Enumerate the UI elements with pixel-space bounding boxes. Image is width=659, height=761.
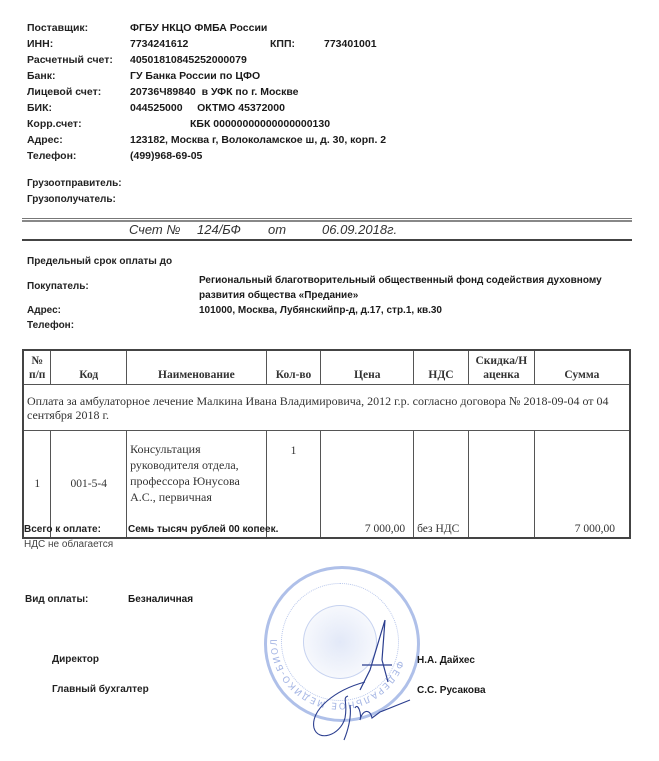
bank-value: ГУ Банка России по ЦФО xyxy=(130,70,260,82)
invoice-top-line-1 xyxy=(22,218,632,219)
supplier-address-value: 123182, Москва г, Волоколамское ш, д. 30… xyxy=(130,134,386,146)
header-qty: Кол-во xyxy=(266,350,321,385)
accountant-signature xyxy=(314,682,410,740)
header-num: № п/п xyxy=(23,350,51,385)
total-words: Семь тысяч рублей 00 копеек. xyxy=(128,524,278,535)
items-table: № п/п Код Наименование Кол-во Цена НДС С… xyxy=(22,349,631,539)
vat-note: НДС не облагается xyxy=(24,539,113,550)
invoice-bottom-line xyxy=(22,239,632,241)
supplier-phone-value: (499)968-69-05 xyxy=(130,150,202,162)
director-signature xyxy=(360,620,392,690)
description-row: Оплата за амбулаторное лечение Малкина И… xyxy=(23,385,630,431)
payment-type-value: Безналичная xyxy=(128,594,193,605)
header-num-line1: № xyxy=(27,354,47,368)
header-discount-line2: аценка xyxy=(472,368,531,382)
buyer-name-line1: Региональный благотворительный обществен… xyxy=(199,275,602,286)
bik-value: 044525000 ОКТМО 45372000 xyxy=(130,102,285,114)
personal-account-label: Лицевой счет: xyxy=(27,86,101,98)
description-text: Оплата за амбулаторное лечение Малкина И… xyxy=(23,385,630,431)
header-vat: НДС xyxy=(414,350,469,385)
personal-account-value: 20736Ч89840 в УФК по г. Москве xyxy=(130,86,299,98)
invoice-title-label: Счет № xyxy=(129,222,180,237)
header-discount: Скидка/Н аценка xyxy=(468,350,534,385)
header-price: Цена xyxy=(321,350,414,385)
invoice-date: 06.09.2018г. xyxy=(322,222,397,237)
header-num-line2: п/п xyxy=(27,368,47,382)
inn-value: 7734241612 xyxy=(130,38,188,50)
header-name: Наименование xyxy=(127,350,267,385)
supplier-phone-label: Телефон: xyxy=(27,150,76,162)
header-sum: Сумма xyxy=(534,350,630,385)
row-sum: 7 000,00 xyxy=(534,431,630,539)
payment-type-label: Вид оплаты: xyxy=(25,594,88,605)
invoice-from: от xyxy=(268,222,286,237)
supplier-address-label: Адрес: xyxy=(27,134,63,146)
bik-label: БИК: xyxy=(27,102,52,114)
table-row: 1 001-5-4 Консультация руководителя отде… xyxy=(23,431,630,539)
account-value: 40501810845252000079 xyxy=(130,54,247,66)
buyer-name-line2: развития общества «Предание» xyxy=(199,290,358,301)
row-name: Консультация руководителя отдела, профес… xyxy=(127,431,267,539)
inn-label: ИНН: xyxy=(27,38,53,50)
row-qty: 1 xyxy=(266,431,321,539)
kbk-value: КБК 00000000000000000130 xyxy=(190,118,330,130)
buyer-address-label: Адрес: xyxy=(27,305,61,316)
invoice-number: 124/БФ xyxy=(197,222,241,237)
payment-deadline-label: Предельный срок оплаты до xyxy=(27,256,172,267)
row-vat: без НДС xyxy=(414,431,469,539)
director-name: Н.А. Дайхес xyxy=(417,655,475,666)
buyer-phone-label: Телефон: xyxy=(27,320,74,331)
bank-label: Банк: xyxy=(27,70,55,82)
shipper-label: Грузоотправитель: xyxy=(27,178,122,189)
header-code: Код xyxy=(51,350,127,385)
director-label: Директор xyxy=(52,654,99,665)
supplier-value: ФГБУ НКЦО ФМБА России xyxy=(130,22,267,34)
buyer-address-value: 101000, Москва, Лубянскийпр-д, д.17, стр… xyxy=(199,305,442,316)
total-label: Всего к оплате: xyxy=(24,524,101,535)
buyer-label: Покупатель: xyxy=(27,281,89,292)
accountant-name: С.С. Русакова xyxy=(417,685,486,696)
row-code: 001-5-4 xyxy=(51,431,127,539)
header-discount-line1: Скидка/Н xyxy=(472,354,531,368)
row-discount xyxy=(468,431,534,539)
row-num: 1 xyxy=(23,431,51,539)
account-label: Расчетный счет: xyxy=(27,54,113,66)
consignee-label: Грузополучатель: xyxy=(27,194,116,205)
kpp-value: 773401001 xyxy=(324,38,377,50)
supplier-label: Поставщик: xyxy=(27,22,88,34)
corr-account-label: Корр.счет: xyxy=(27,118,82,130)
signature-marks xyxy=(300,610,430,745)
row-price: 7 000,00 xyxy=(321,431,414,539)
accountant-label: Главный бухгалтер xyxy=(52,684,149,695)
kpp-label: КПП: xyxy=(270,38,295,50)
table-header-row: № п/п Код Наименование Кол-во Цена НДС С… xyxy=(23,350,630,385)
